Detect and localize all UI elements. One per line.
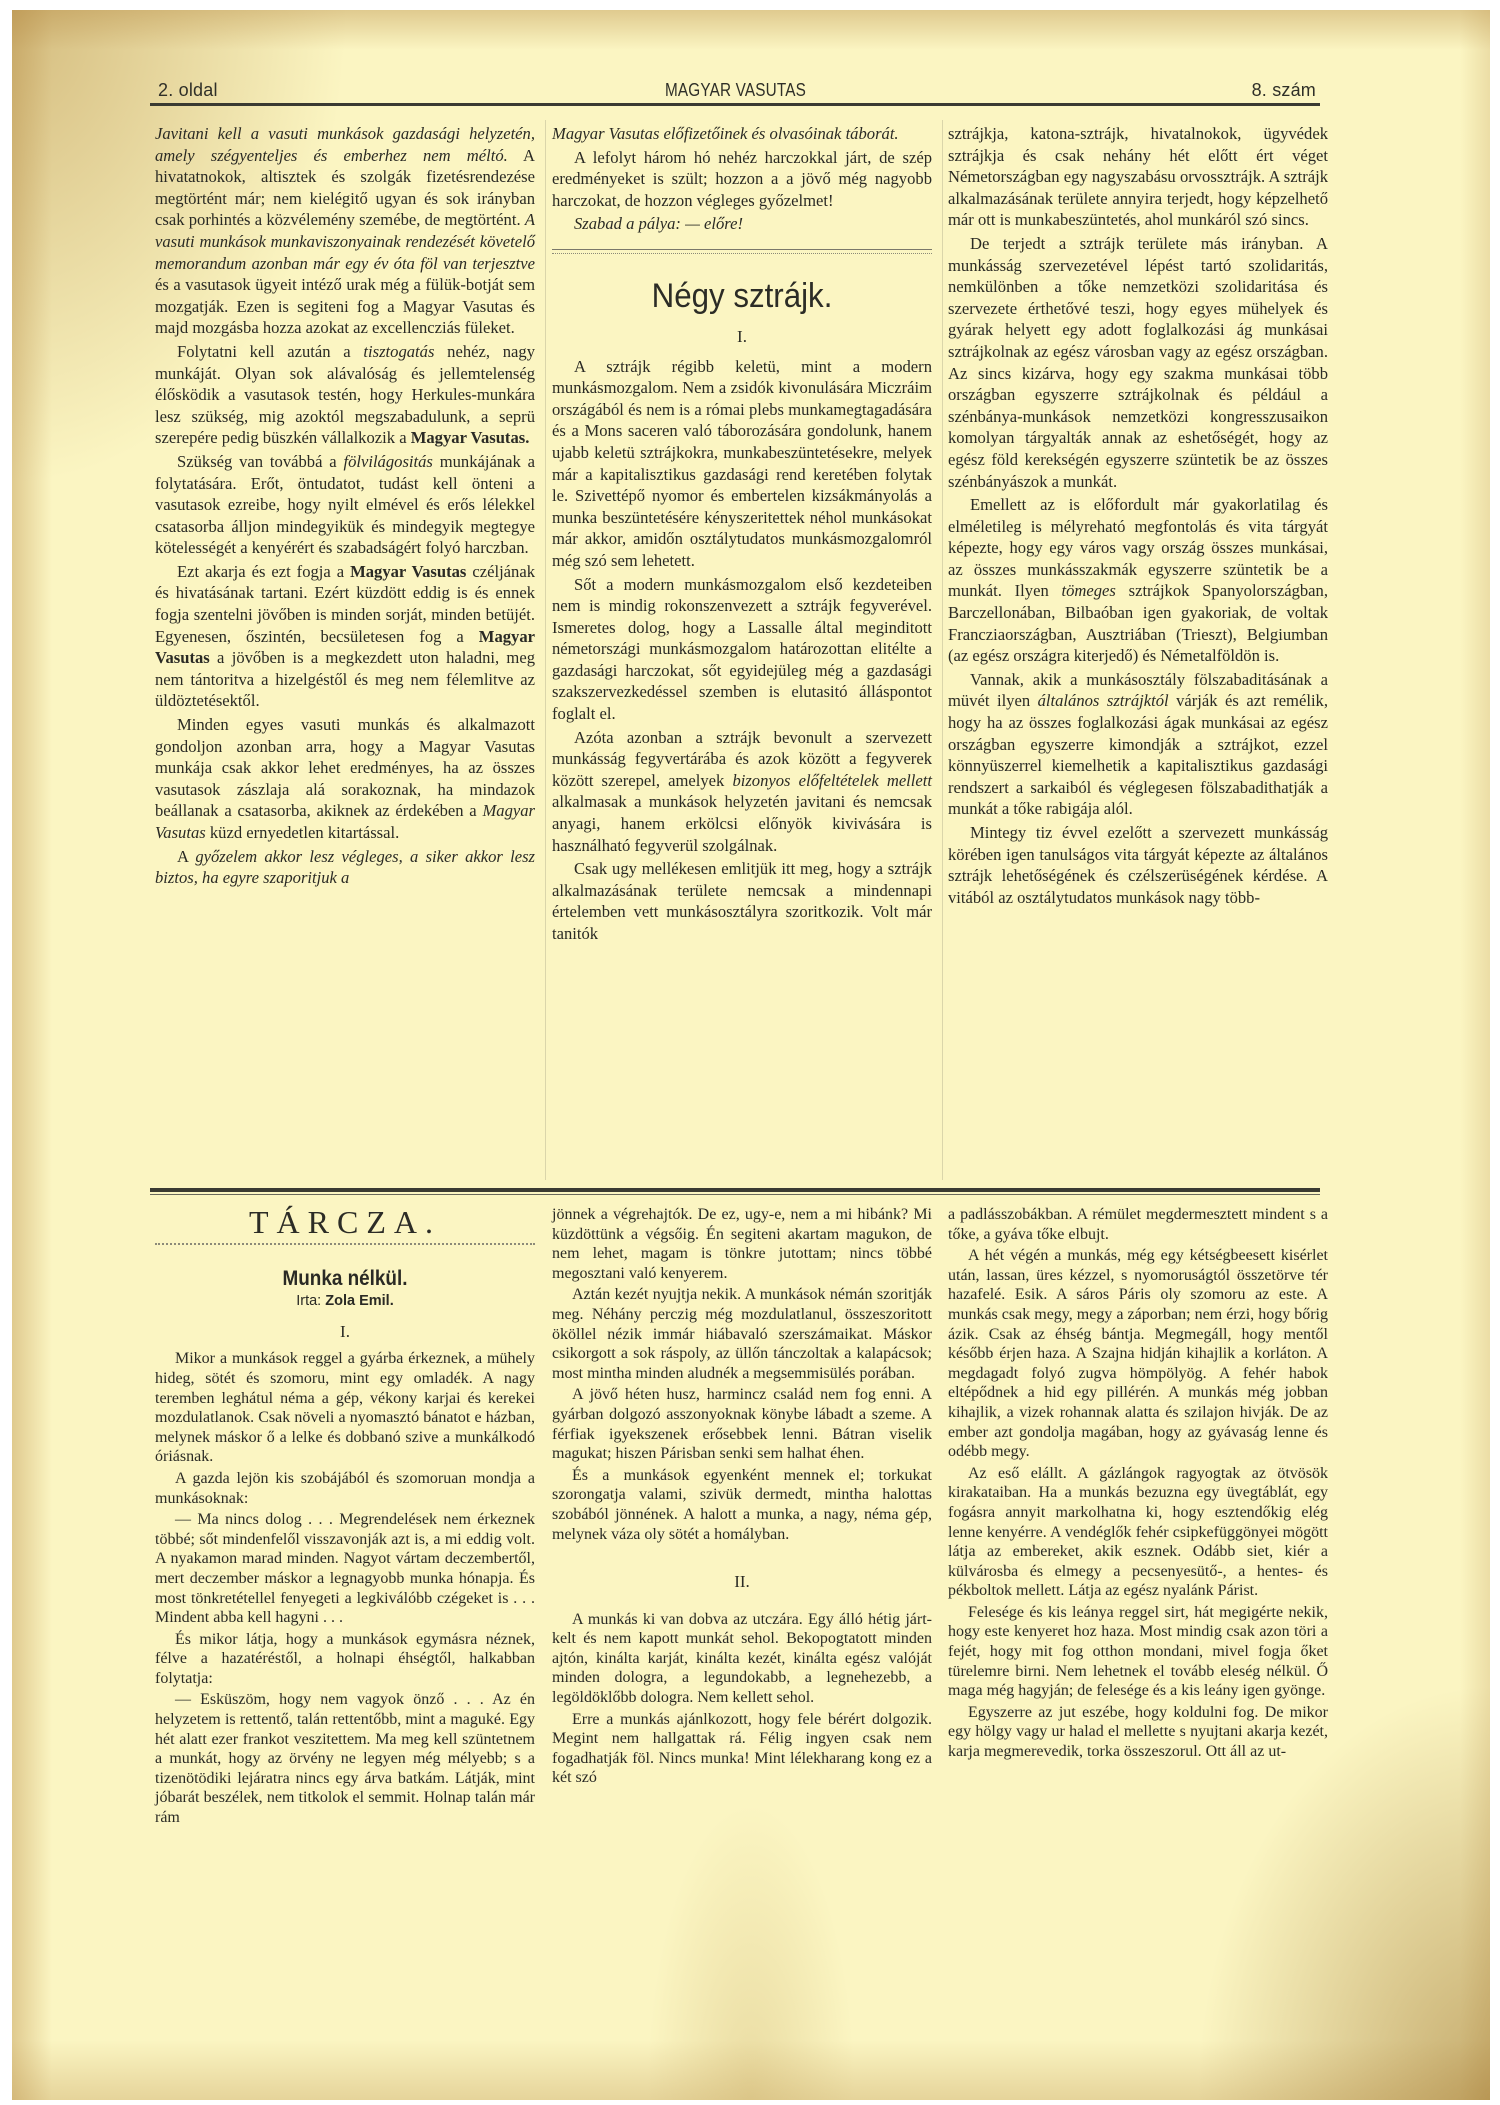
byline-prefix: Irta: <box>296 1293 321 1309</box>
header-rule <box>150 103 1320 106</box>
section-separator <box>552 249 932 254</box>
paragraph: Csak ugy mellékesen emlitjük itt meg, ho… <box>552 858 932 944</box>
paragraph: A munkás ki van dobva az utczára. Egy ál… <box>552 1610 932 1708</box>
paragraph: És a munkások egyenként mennek el; torku… <box>552 1466 932 1544</box>
page-header: 2. oldal MAGYAR VASUTAS 8. szám <box>153 78 1318 104</box>
paragraph: A hét végén a munkás, még egy kétségbees… <box>948 1246 1328 1462</box>
column-divider <box>545 120 546 1180</box>
article-column-3: sztrájkja, katona-sztrájk, hivatalnokok,… <box>948 123 1328 908</box>
paragraph: Sőt a modern munkásmozgalom első kezdete… <box>552 574 932 725</box>
story-title: Munka nélkül. <box>174 1269 516 1289</box>
paragraph: sztrájkja, katona-sztrájk, hivatalnokok,… <box>948 123 1328 231</box>
paragraph: Folytatni kell azután a tisztogatás nehé… <box>155 341 535 449</box>
paragraph: Erre a munkás ajánlkozott, hogy fele bér… <box>552 1710 932 1788</box>
paragraph: Szükség van továbbá a fölvilágositás mun… <box>155 451 535 559</box>
feuilleton-column-2: jönnek a végrehajtók. De ez, ugy-e, nem … <box>552 1205 932 1788</box>
feuilleton-section-title: TÁRCZA. <box>155 1213 535 1233</box>
section-separator <box>155 1243 535 1245</box>
editorial-column-2: Magyar Vasutas előfizetőinek és olvasóin… <box>552 123 932 945</box>
paragraph: Az eső elállt. A gázlángok ragyogtak az … <box>948 1464 1328 1601</box>
editorial-column-1: Javitani kell a vasuti munkások gazdaság… <box>155 123 535 889</box>
paragraph: Aztán kezét nyujtja nekik. A munkások né… <box>552 1285 932 1383</box>
paragraph: Vannak, akik a munkásosztály fölszabadit… <box>948 669 1328 820</box>
paragraph: — Esküszöm, hogy nem vagyok önző . . . A… <box>155 1690 535 1827</box>
paragraph: Szabad a pálya: — előre! <box>552 213 932 235</box>
feuilleton-rule <box>150 1188 1320 1192</box>
paragraph: Mikor a munkások reggel a gyárba érkezne… <box>155 1349 535 1467</box>
paragraph: A gazda lejön kis szobájából és szomorua… <box>155 1469 535 1508</box>
paragraph: És mikor látja, hogy a munkások egymásra… <box>155 1630 535 1689</box>
paragraph: A jövő héten husz, harmincz család nem f… <box>552 1385 932 1463</box>
paragraph: Javitani kell a vasuti munkások gazdaság… <box>155 123 535 339</box>
paragraph: A győzelem akkor lesz végleges, a siker … <box>155 846 535 889</box>
paragraph: Felesége és kis leánya reggel sirt, hát … <box>948 1603 1328 1701</box>
story-part-number: II. <box>552 1572 932 1592</box>
paragraph: — Ma nincs dolog . . . Megrendelések nem… <box>155 1510 535 1628</box>
article-body: A sztrájk régibb keletü, mint a modern m… <box>552 356 932 945</box>
masthead-title: MAGYAR VASUTAS <box>240 80 1230 101</box>
paragraph: Azóta azonban a sztrájk bevonult a szerv… <box>552 727 932 857</box>
paragraph: a padlásszobákban. A rémület megdermeszt… <box>948 1205 1328 1244</box>
story-body: Mikor a munkások reggel a gyárba érkezne… <box>155 1349 535 1827</box>
page-number: 2. oldal <box>158 80 218 101</box>
feuilleton-rule-thin <box>150 1194 1320 1195</box>
paragraph: A sztrájk régibb keletü, mint a modern m… <box>552 356 932 572</box>
editorial-continuation: Magyar Vasutas előfizetőinek és olvasóin… <box>552 123 932 235</box>
paragraph: Ezt akarja és ezt fogja a Magyar Vasutas… <box>155 561 535 712</box>
article-section-number: I. <box>552 326 932 348</box>
issue-number: 8. szám <box>1252 80 1316 101</box>
byline-author: Zola Emil. <box>325 1293 394 1309</box>
paragraph: Magyar Vasutas előfizetőinek és olvasóin… <box>552 123 932 145</box>
feuilleton-column-3: a padlásszobákban. A rémület megdermeszt… <box>948 1205 1328 1762</box>
paragraph: Egyszerre az jut eszébe, hogy koldulni f… <box>948 1703 1328 1762</box>
feuilleton-column-1: TÁRCZA. Munka nélkül. Irta: Zola Emil. I… <box>155 1205 535 1828</box>
article-title: Négy sztrájk. <box>567 276 917 316</box>
paragraph: Mintegy tiz évvel ezelőtt a szervezett m… <box>948 822 1328 908</box>
paragraph: Emellett az is előfordult már gyakorlati… <box>948 494 1328 667</box>
column-divider <box>942 120 943 1180</box>
paragraph: jönnek a végrehajtók. De ez, ugy-e, nem … <box>552 1205 932 1283</box>
story-part-number: I. <box>155 1322 535 1342</box>
story-byline: Irta: Zola Emil. <box>155 1292 535 1312</box>
paragraph: A lefolyt három hó nehéz harczokkal járt… <box>552 147 932 212</box>
paragraph: Minden egyes vasuti munkás és alkalmazot… <box>155 714 535 844</box>
story-body: jönnek a végrehajtók. De ez, ugy-e, nem … <box>552 1205 932 1544</box>
story-body: A munkás ki van dobva az utczára. Egy ál… <box>552 1610 932 1788</box>
paragraph: De terjedt a sztrájk területe más irányb… <box>948 233 1328 492</box>
